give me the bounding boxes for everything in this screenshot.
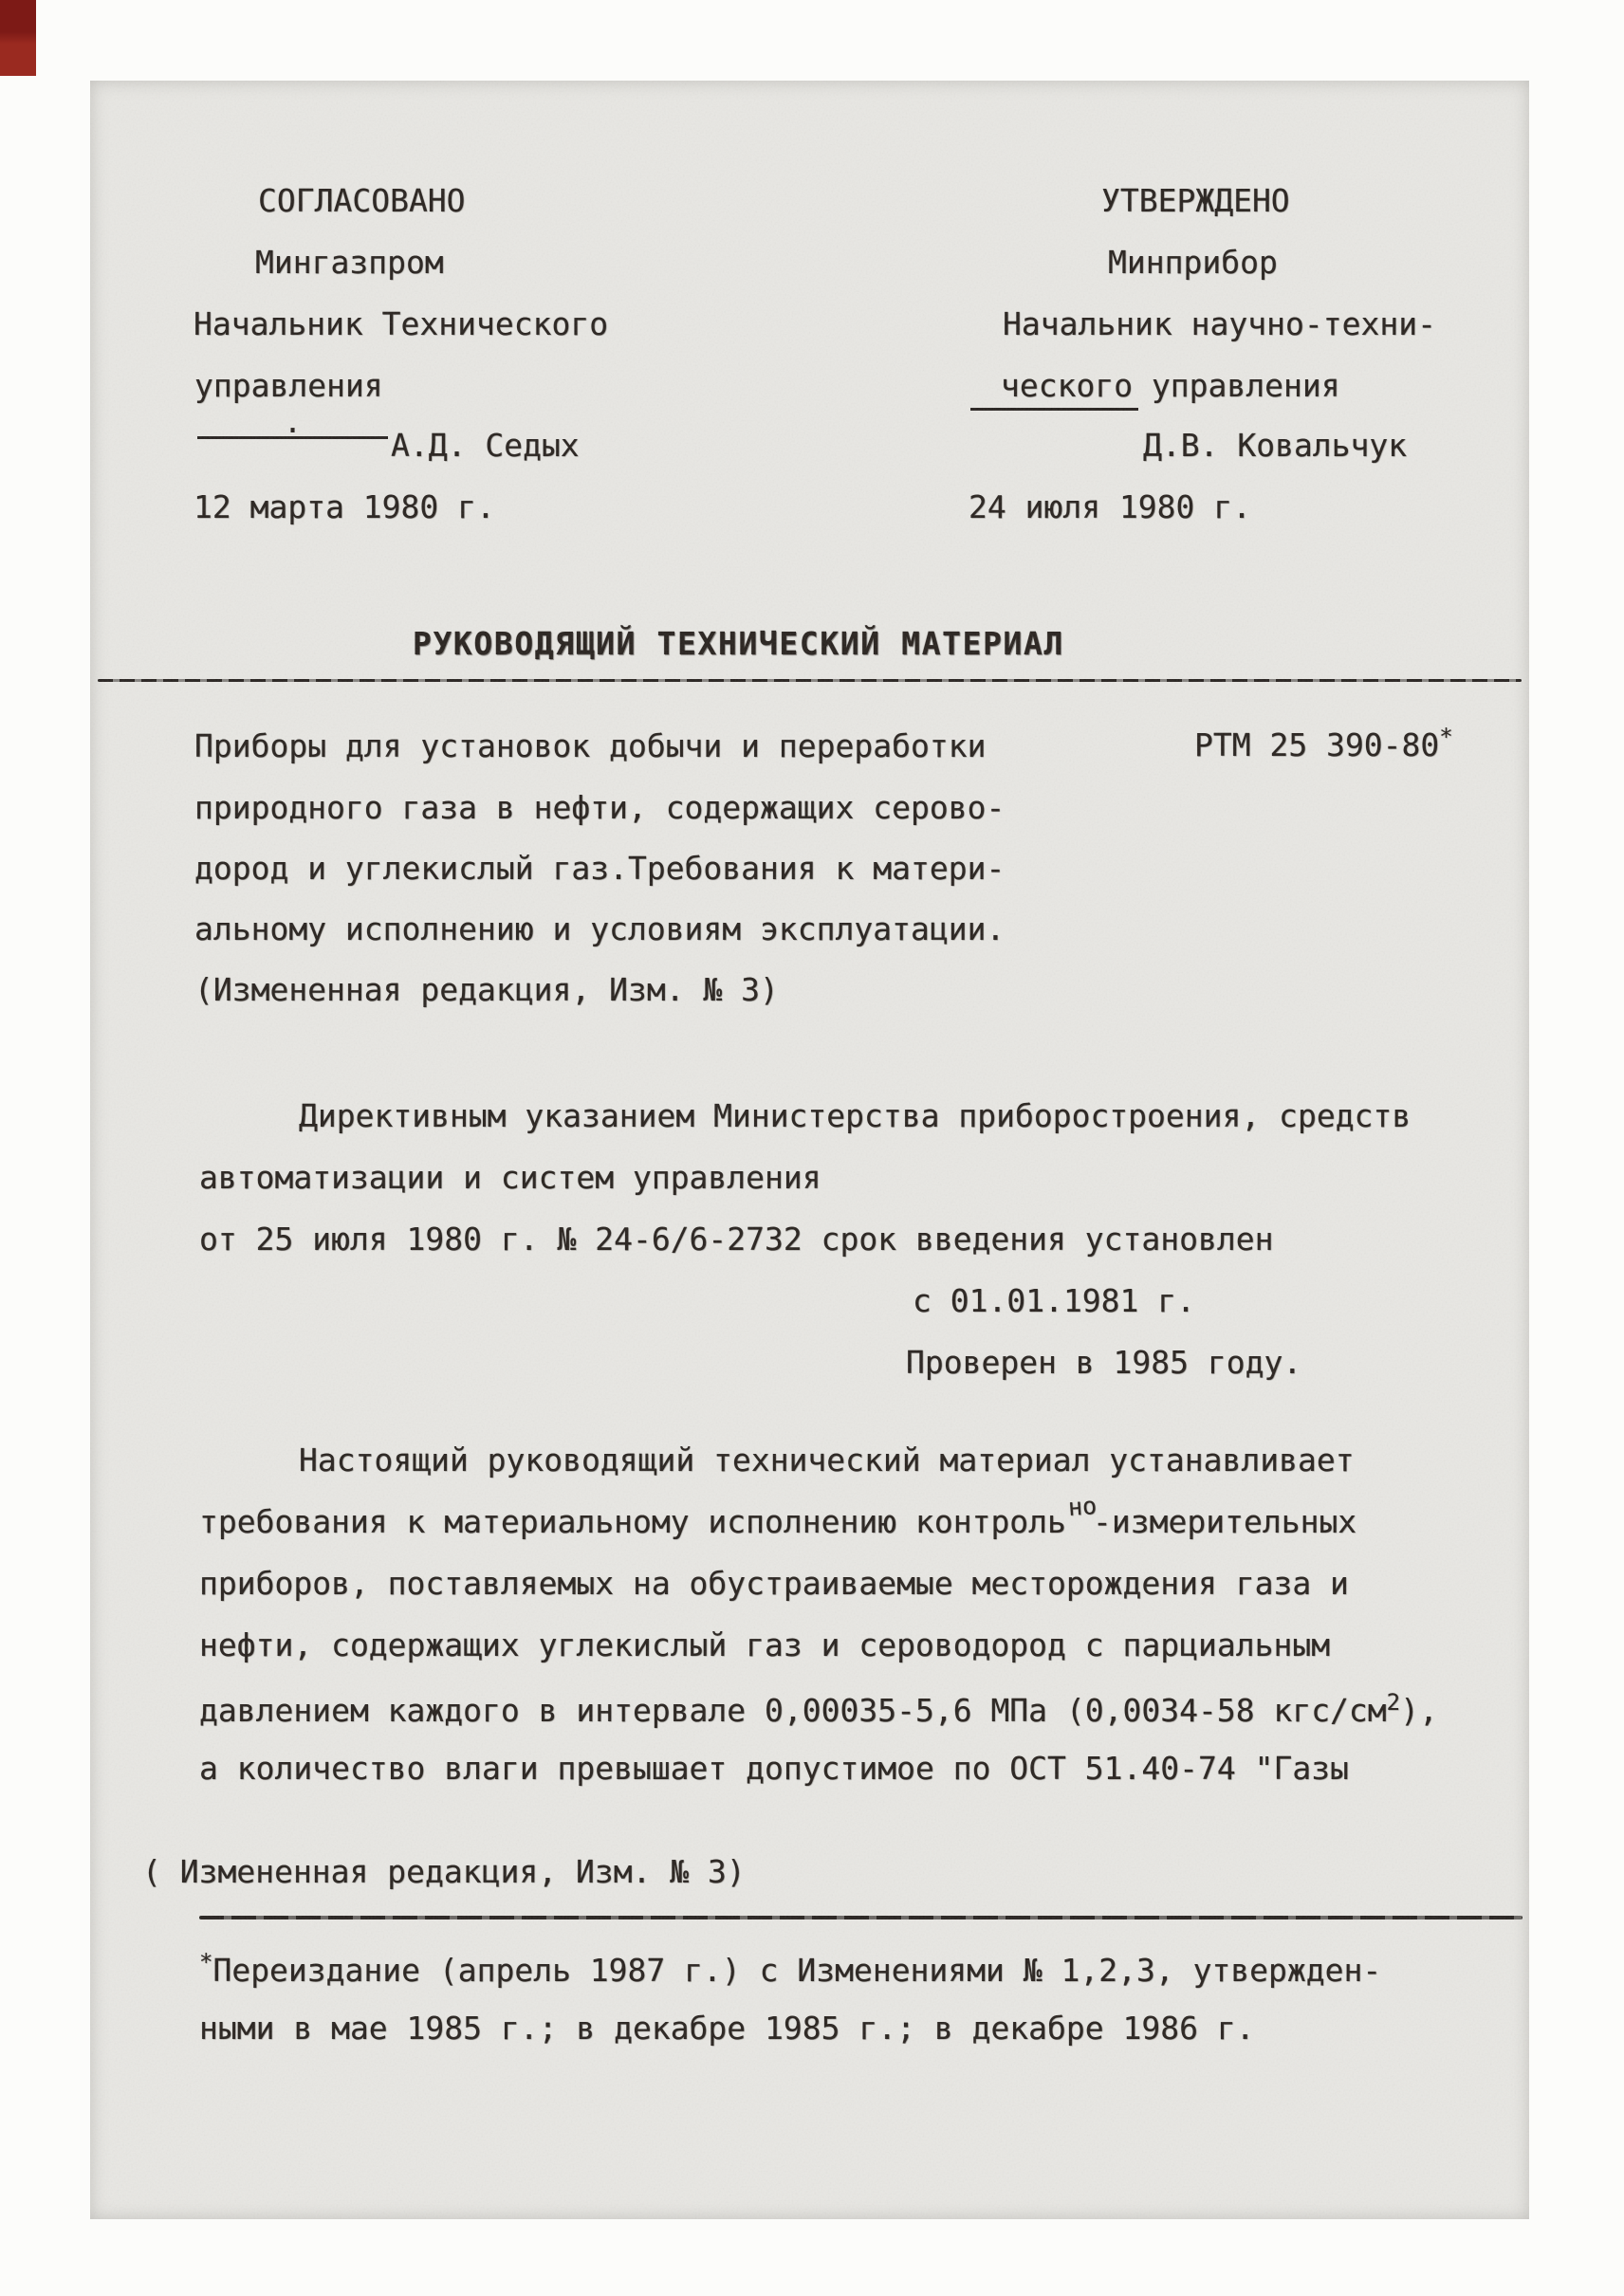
directive-checked-note: Проверен в 1985 году. xyxy=(906,1347,1301,1380)
title-line: альному исполнению и условиям эксплуатац… xyxy=(194,913,1005,946)
doc-number-main: РТМ 25 390-80 xyxy=(1194,726,1439,763)
approval-right-role-line2: ческого управления xyxy=(1001,370,1340,403)
approval-left-date: 12 марта 1980 г. xyxy=(194,491,495,524)
footnote-line1: *Переиздание (апрель 1987 г.) с Изменени… xyxy=(199,1951,1381,1988)
title-line: Приборы для установок добычи и переработ… xyxy=(194,730,986,763)
scanned-page: СОГЛАСОВАНО Мингазпром Начальник Техниче… xyxy=(0,0,1624,2296)
directive-effective-date: с 01.01.1981 г. xyxy=(913,1285,1195,1318)
footnote-rule xyxy=(199,1916,1522,1919)
approval-left-signature-line: . xyxy=(197,408,388,439)
approval-right-role-line1: Начальник научно-техни- xyxy=(1003,308,1436,341)
approval-right-organization: Минприбор xyxy=(1108,247,1278,280)
directive-line1: Директивным указанием Министерства прибо… xyxy=(299,1100,1411,1133)
directive-line3: от 25 июля 1980 г. № 24-6/6-2732 срок вв… xyxy=(199,1223,1273,1257)
amendment-note: ( Измененная редакция, Изм. № 3) xyxy=(142,1856,746,1889)
body-line5: давлением каждого в интервале 0,00035-5,… xyxy=(199,1691,1438,1728)
approval-left-role-line2: управления xyxy=(194,370,383,403)
footnote-asterisk: * xyxy=(199,1949,212,1975)
body-line2-pre: требования к материальному исполнению ко… xyxy=(199,1503,1066,1540)
body-line1: Настоящий руководящий технический матери… xyxy=(299,1444,1355,1478)
approval-left-signatory: А.Д. Седых xyxy=(391,430,580,463)
doc-number: РТМ 25 390-80* xyxy=(1194,726,1453,762)
approval-right-status: УТВЕРЖДЕНО xyxy=(1101,185,1290,218)
document-paper: СОГЛАСОВАНО Мингазпром Начальник Техниче… xyxy=(90,81,1529,2219)
title-line: природного газа в нефти, содержащих серо… xyxy=(194,792,1005,825)
body-line6: а количество влаги превышает допустимое … xyxy=(199,1753,1349,1786)
doc-type-heading: РУКОВОДЯЩИЙ ТЕХНИЧЕСКИЙ МАТЕРИАЛ xyxy=(413,628,1064,661)
body-line5-post: ), xyxy=(1400,1692,1438,1729)
approval-right-date: 24 июля 1980 г. xyxy=(969,491,1251,524)
body-line4: нефти, содержащих углекислый газ и серов… xyxy=(199,1629,1330,1662)
body-line2-handwritten-insert: но xyxy=(1067,1494,1098,1520)
body-line5-pre: давлением каждого в интервале 0,00035-5,… xyxy=(199,1692,1387,1729)
body-line5-superscript: 2 xyxy=(1387,1689,1400,1716)
footnote-line1-text: Переиздание (апрель 1987 г.) с Изменения… xyxy=(212,1952,1381,1989)
scan-artifact xyxy=(0,0,36,76)
body-line3: приборов, поставляемых на обустраиваемые… xyxy=(199,1568,1349,1601)
approval-right-signatory: Д.В. Ковальчук xyxy=(1143,430,1407,463)
approval-right-signature-line xyxy=(970,408,1138,411)
body-line2: требования к материальному исполнению ко… xyxy=(199,1506,1356,1539)
approval-left-role-line1: Начальник Технического xyxy=(194,308,608,341)
heading-underline-rule xyxy=(98,679,1522,682)
footnote-line2: ными в мае 1985 г.; в декабре 1985 г.; в… xyxy=(199,2012,1255,2046)
title-line: дород и углекислый газ.Требования к мате… xyxy=(194,853,1005,886)
document-content: СОГЛАСОВАНО Мингазпром Начальник Техниче… xyxy=(90,81,1529,2219)
directive-line2: автоматизации и систем управления xyxy=(199,1162,821,1195)
body-line2-post: -измерительных xyxy=(1093,1503,1356,1540)
doc-number-asterisk: * xyxy=(1439,724,1452,750)
title-amendment-line: (Измененная редакция, Изм. № 3) xyxy=(194,974,779,1007)
approval-left-organization: Мингазпром xyxy=(255,247,444,280)
approval-left-status: СОГЛАСОВАНО xyxy=(258,185,466,218)
